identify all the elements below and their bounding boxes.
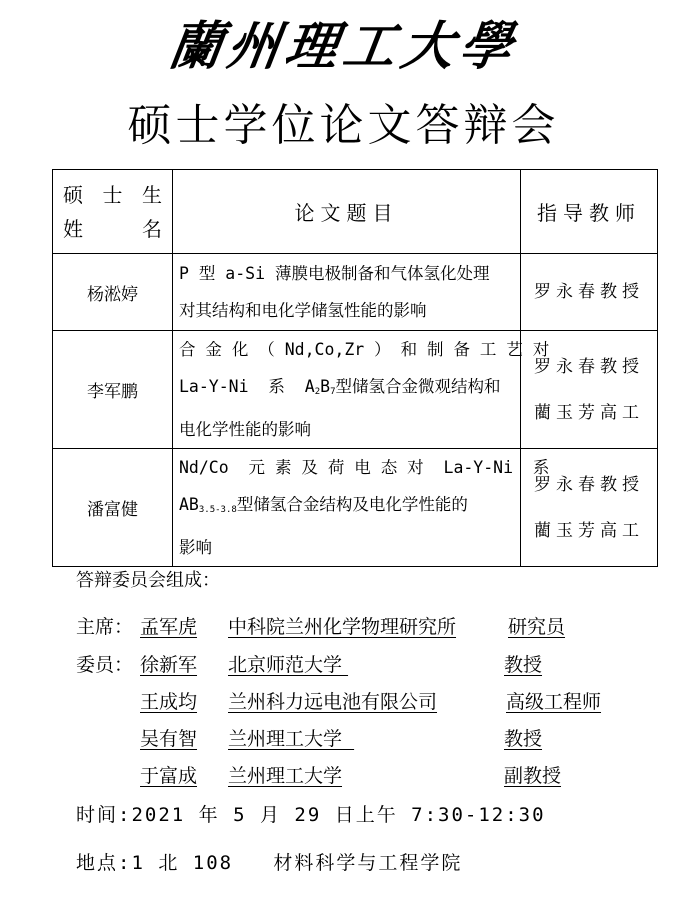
student-name: 李军鹏 [53,331,173,449]
header-text: 士 [103,178,123,212]
thesis-title-line: 电化学性能的影响 [179,411,514,448]
member-name: 徐新军 [140,650,197,677]
header-advisor: 指导教师 [521,170,658,254]
member-rank: 副教授 [504,761,561,788]
thesis-title-line: P 型 a-Si 薄膜电极制备和气体氢化处理 [179,255,514,292]
advisor-cell: 罗永春教授 藺玉芳高工 [521,331,658,449]
member-rank: 教授 [504,650,542,677]
member-role: 主席： [76,612,133,639]
member-organization: 中科院兰州化学物理研究所 [228,612,456,639]
member-organization: 北京师范大学 [228,650,348,677]
thesis-title-cell: Nd/Co 元 素 及 荷 电 态 对 La-Y-Ni 系 AB3.5-3.8型… [173,449,521,567]
thesis-title-cell: 合 金 化 （ Nd,Co,Zr ） 和 制 备 工 艺 对 La-Y-Ni 系… [173,331,521,449]
defense-time: 时间:2021 年 5 月 29 日上午 7:30-12:30 [76,800,546,827]
member-role: 委员： [76,650,133,677]
defense-location: 地点:1 北 108 材料科学与工程学院 [76,848,462,875]
thesis-title-line: 合 金 化 （ Nd,Co,Zr ） 和 制 备 工 艺 对 [179,331,514,368]
committee-member-row: 吴有智 兰州理工大学 教授 [76,724,676,754]
title-text: La-Y-Ni 系 A [179,377,315,396]
student-name: 潘富健 [53,449,173,567]
table-row: 李军鹏 合 金 化 （ Nd,Co,Zr ） 和 制 备 工 艺 对 La-Y-… [53,331,658,449]
title-text: B [320,377,330,396]
student-name: 杨淞婷 [53,254,173,331]
advisor-name: 藺玉芳高工 [521,390,657,436]
page-title: 硕士学位论文答辩会 [0,96,687,156]
member-rank: 高级工程师 [506,687,601,714]
title-text: AB [179,495,199,514]
member-organization: 兰州理工大学 [228,761,342,788]
thesis-title-line: 对其结构和电化学储氢性能的影响 [179,292,514,329]
member-name: 孟军虎 [140,612,197,639]
member-name: 王成均 [140,687,197,714]
committee-member-row: 委员： 徐新军 北京师范大学 教授 [76,650,676,680]
advisor-cell: 罗永春教授 藺玉芳高工 [521,449,658,567]
table-header-row: 硕 士 生 姓 名 论文题目 指导教师 [53,170,658,254]
table-row: 杨淞婷 P 型 a-Si 薄膜电极制备和气体氢化处理 对其结构和电化学储氢性能的… [53,254,658,331]
member-rank: 研究员 [508,612,565,639]
thesis-title-line: 影响 [179,529,514,566]
university-logo: 蘭州理工大學 [0,12,687,82]
committee-member-row: 于富成 兰州理工大学 副教授 [76,761,676,791]
thesis-title-line: Nd/Co 元 素 及 荷 电 态 对 La-Y-Ni 系 [179,449,514,486]
advisor-name: 罗永春教授 [521,462,657,508]
thesis-table: 硕 士 生 姓 名 论文题目 指导教师 杨淞婷 P 型 a-Si 薄膜电极制备和… [52,169,658,567]
committee-member-row: 王成均 兰州科力远电池有限公司 高级工程师 [76,687,676,717]
member-name: 于富成 [140,761,197,788]
advisor-name: 罗永春教授 [521,344,657,390]
header-student-name: 硕 士 生 姓 名 [53,170,173,254]
committee-heading: 答辩委员会组成： [76,566,220,592]
table-row: 潘富健 Nd/Co 元 素 及 荷 电 态 对 La-Y-Ni 系 AB3.5-… [53,449,658,567]
member-organization: 兰州理工大学 [228,724,354,751]
title-text: 型储氢合金微观结构和 [336,377,501,396]
subscript: 3.5-3.8 [199,505,237,515]
header-text: 名 [142,212,162,246]
advisor-cell: 罗永春教授 [521,254,658,331]
header-text: 姓 [63,212,83,246]
header-thesis-title: 论文题目 [173,170,521,254]
member-organization: 兰州科力远电池有限公司 [228,687,437,714]
advisor-name: 罗永春教授 [521,269,657,315]
thesis-title-cell: P 型 a-Si 薄膜电极制备和气体氢化处理 对其结构和电化学储氢性能的影响 [173,254,521,331]
title-text: 型储氢合金结构及电化学性能的 [237,495,468,514]
header-text: 硕 [63,178,83,212]
member-rank: 教授 [504,724,542,751]
advisor-name: 藺玉芳高工 [521,508,657,554]
committee-member-row: 主席： 孟军虎 中科院兰州化学物理研究所 研究员 [76,612,676,642]
thesis-title-line: AB3.5-3.8型储氢合金结构及电化学性能的 [179,486,514,529]
header-text: 生 [142,178,162,212]
member-name: 吴有智 [140,724,197,751]
thesis-title-line: La-Y-Ni 系 A2B7型储氢合金微观结构和 [179,368,514,411]
